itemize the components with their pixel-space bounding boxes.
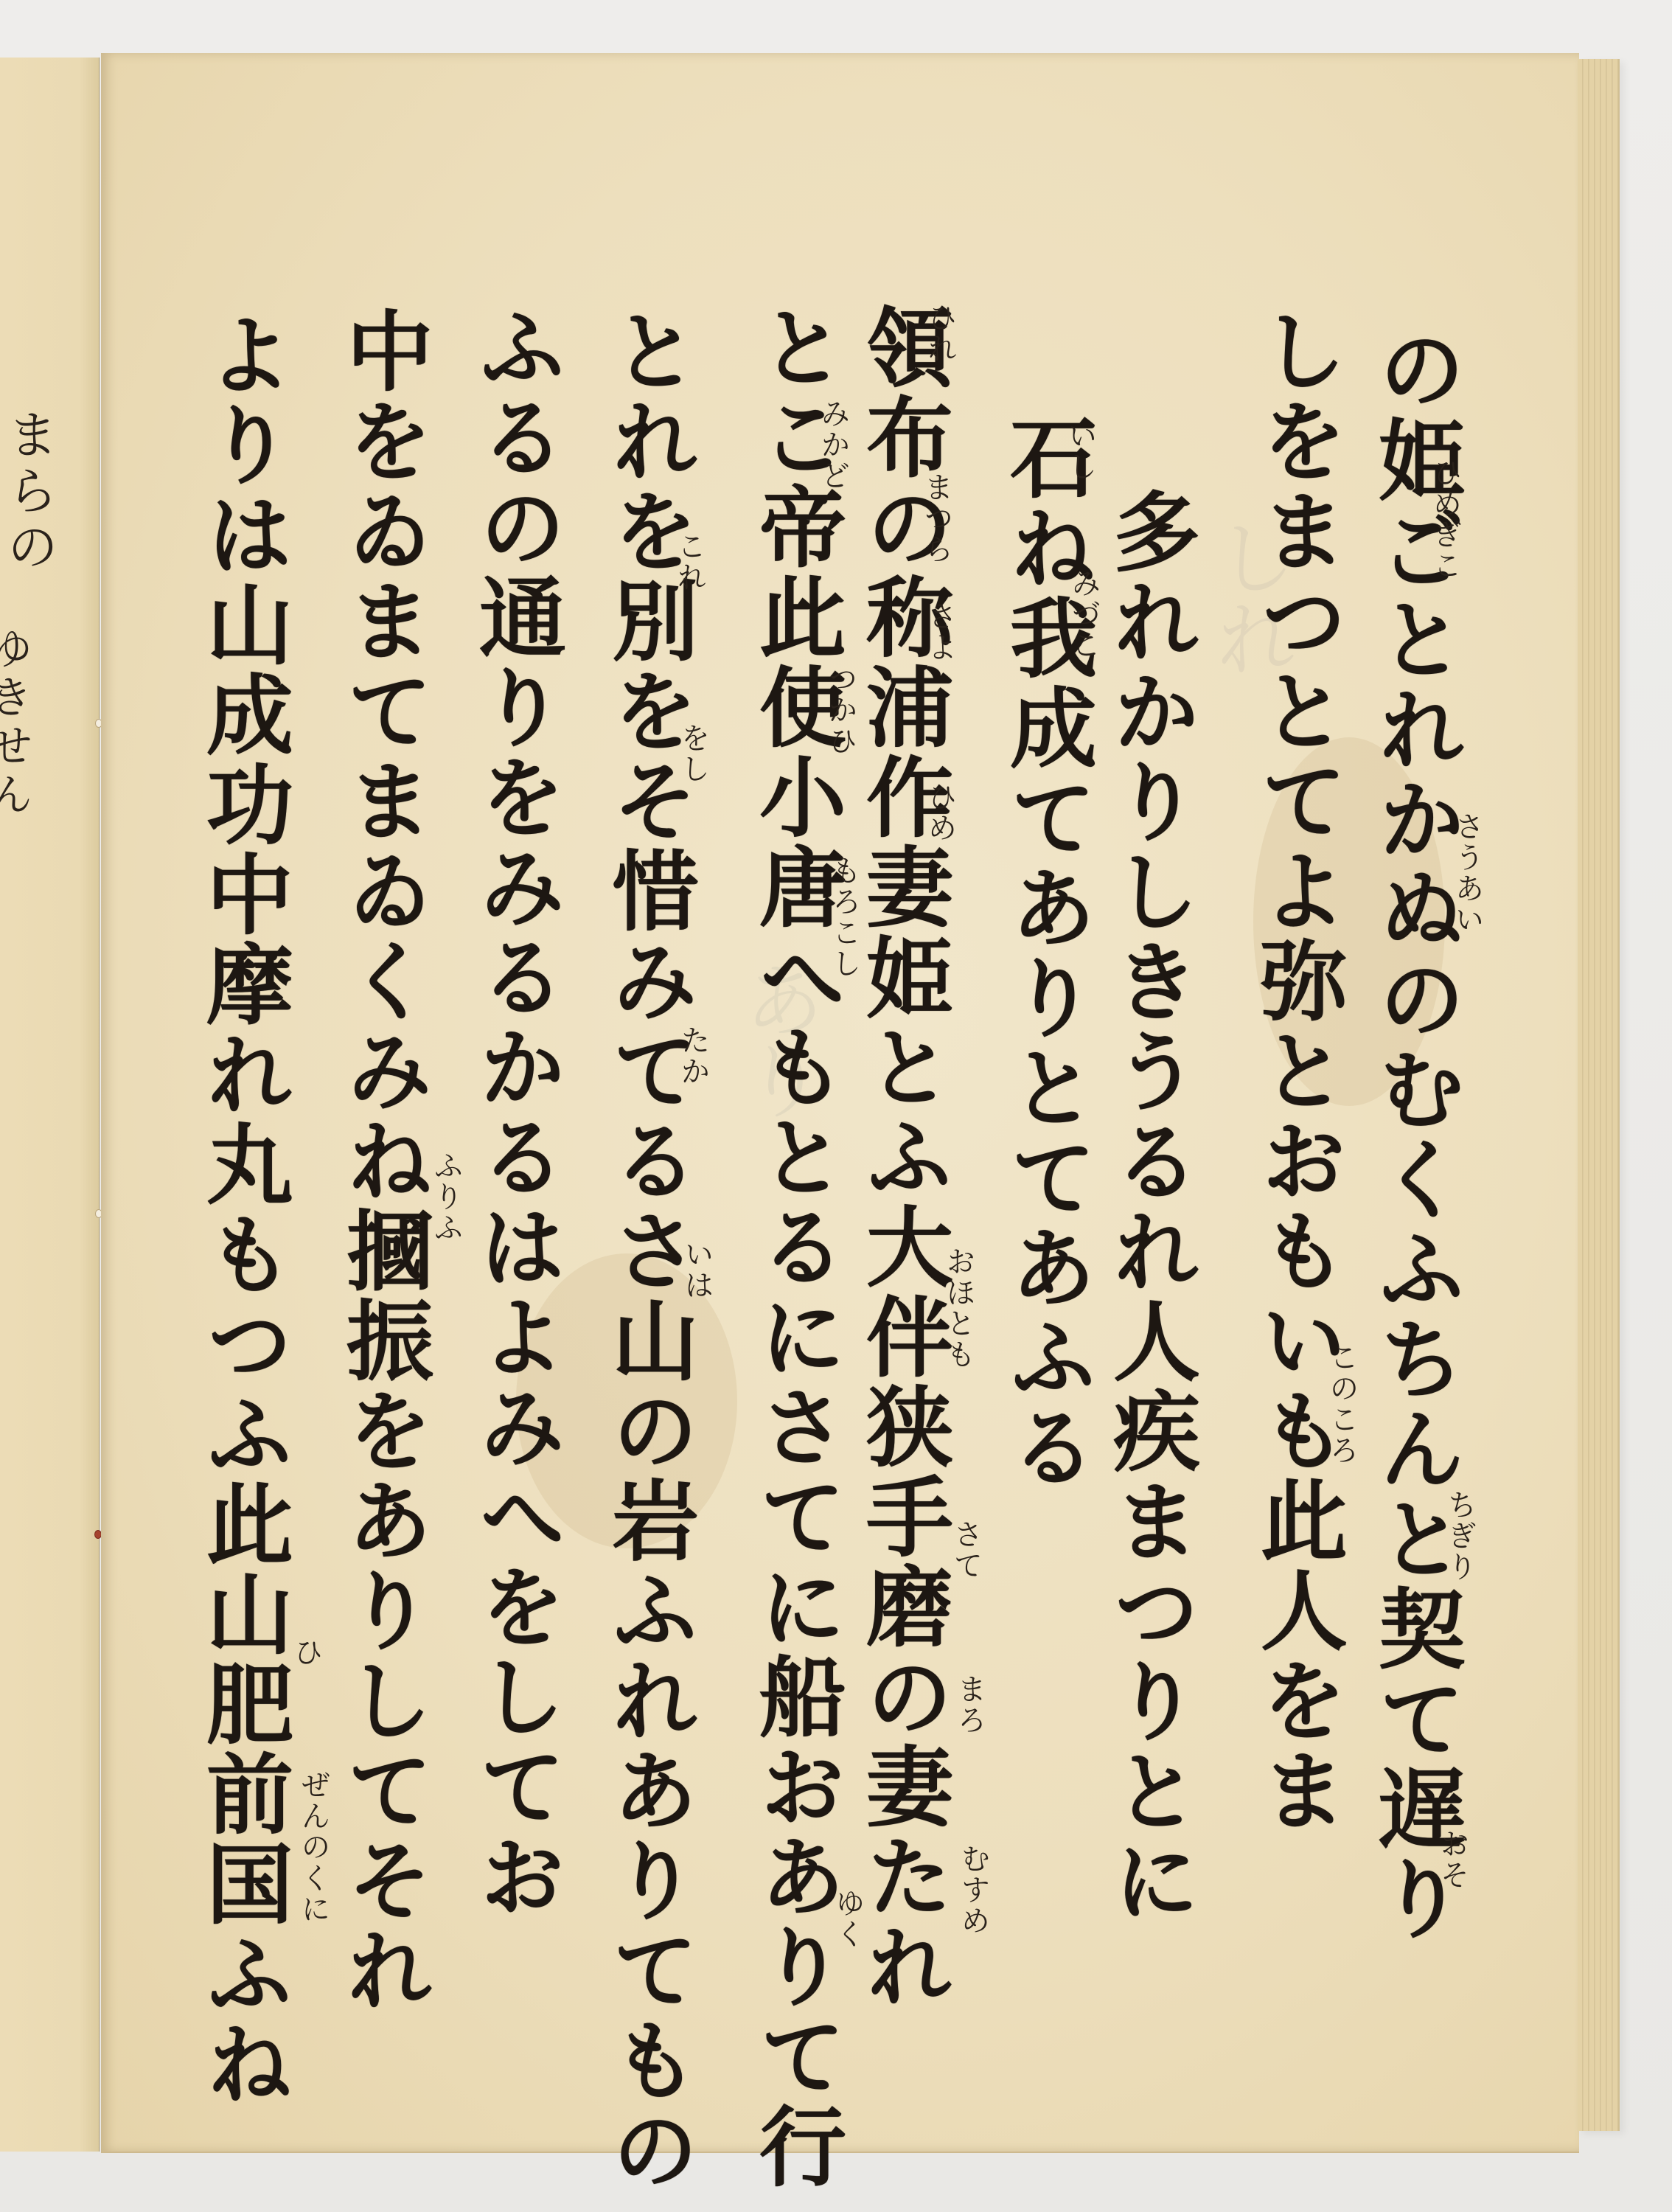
page-edges-stack (1578, 59, 1620, 2131)
ruby-gloss: おほとも (944, 1246, 973, 1370)
text-column-2: しをまつとてよ弥とおもいも此人をま (1253, 306, 1340, 1835)
ruby-gloss: さて (951, 1519, 980, 1581)
ruby-gloss: さよ (925, 601, 955, 663)
ruby-gloss: いは (682, 1239, 711, 1301)
left-page: まらの ゆきせん (0, 58, 100, 2152)
ruby-gloss: ひれ (925, 302, 955, 364)
ruby-gloss: これ (675, 531, 704, 593)
text-column-10: よりは山成功中摩れ丸もつふ此山肥前国ふね (199, 310, 286, 2109)
ruby-gloss: ゆく (833, 1888, 863, 1950)
left-page-column-2: ゆきせん (0, 625, 29, 820)
ruby-gloss: ひ (291, 1637, 321, 1668)
ruby-gloss: むすめ (958, 1843, 988, 1936)
ruby-gloss: ひめぎこ (1430, 457, 1460, 581)
ruby-gloss: まつら (922, 472, 951, 565)
text-column-3: 多れかりしきうるれ人疾まつりとに (1106, 487, 1193, 1926)
ruby-gloss: ひめ (925, 782, 955, 844)
text-column-9: 中をゐまてまゐくみね摑振をありしてそれ (339, 306, 426, 2015)
text-column-6: とこ帝此使小唐へもとるにさてに船おありて行 (752, 302, 839, 2191)
ruby-gloss: まろ (955, 1674, 984, 1736)
ruby-gloss: このころ (1327, 1342, 1356, 1466)
left-page-column-1: まらの (3, 408, 55, 576)
ruby-gloss: ぜんのくに (299, 1770, 328, 1924)
ruby-gloss: みづこ (1069, 568, 1098, 661)
ruby-gloss: たか (678, 1025, 708, 1087)
ruby-gloss: ふりふ (431, 1150, 461, 1243)
ruby-gloss: をし (678, 723, 708, 785)
ruby-gloss: いし (1065, 420, 1095, 482)
ruby-gloss: おそ (1438, 1829, 1467, 1891)
text-column-8: ふるの通りをみるかるはよみへをしてお (472, 302, 559, 1921)
ruby-gloss: みかど (818, 398, 848, 491)
ruby-gloss: つかひ (826, 664, 855, 757)
ruby-gloss: ちぎり (1445, 1489, 1474, 1582)
ruby-gloss: さうあい (1452, 811, 1482, 935)
ruby-gloss: もろこし (829, 855, 859, 979)
